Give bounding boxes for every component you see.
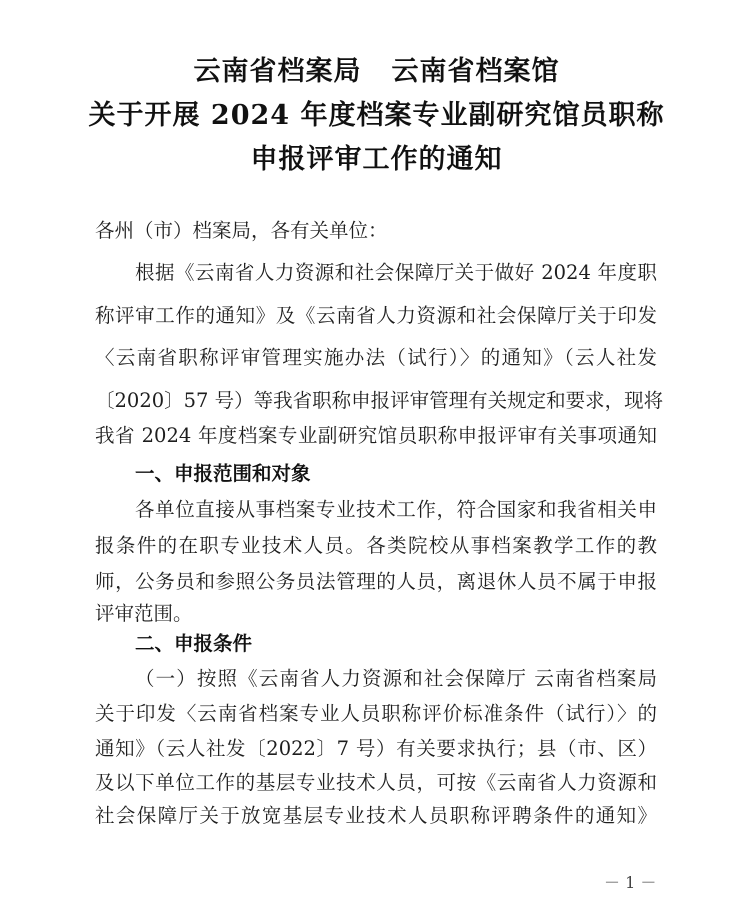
- section-line: 关于印发〈云南省档案专业人员职称评价标准条件（试行）〉的: [95, 700, 657, 728]
- section-line: 评审范围。: [95, 600, 657, 628]
- intro-line: 〈云南省职称评审管理实施办法（试行）〉的通知》（云人社发: [95, 344, 657, 372]
- document-title-line3: 申报评审工作的通知: [0, 142, 753, 178]
- intro-line: 我省 2024 年度档案专业副研究馆员职称申报评审有关事项通知: [95, 422, 657, 450]
- section-heading-conditions: 二、申报条件: [135, 630, 252, 658]
- intro-line: 根据《云南省人力资源和社会保障厅关于做好 2024 年度职: [135, 259, 657, 287]
- document-page: 云南省档案局云南省档案馆 关于开展 2024 年度档案专业副研究馆员职称 申报评…: [0, 0, 753, 905]
- section-line: 师，公务员和参照公务员法管理的人员，离退休人员不属于申报: [95, 568, 657, 596]
- document-title-issuers: 云南省档案局云南省档案馆: [0, 54, 753, 90]
- intro-line: 〔2020〕57 号）等我省职称申报评审管理有关规定和要求，现将: [95, 387, 657, 415]
- section-line: 及以下单位工作的基层专业技术人员，可按《云南省人力资源和: [95, 769, 657, 797]
- section-line: （一）按照《云南省人力资源和社会保障厅 云南省档案局: [135, 665, 657, 693]
- section-line: 社会保障厅关于放宽基层专业技术人员职称评聘条件的通知》: [95, 802, 657, 830]
- section-heading-scope: 一、申报范围和对象: [135, 460, 311, 488]
- issuer-archives-museum: 云南省档案馆: [392, 56, 560, 87]
- section-line: 通知》（云人社发〔2022〕7 号）有关要求执行；县（市、区）: [95, 735, 657, 763]
- issuer-archives-bureau: 云南省档案局: [194, 56, 362, 87]
- intro-line: 称评审工作的通知》及《云南省人力资源和社会保障厅关于印发: [95, 302, 657, 330]
- page-number: － 1 －: [604, 870, 656, 893]
- document-title-line2: 关于开展 2024 年度档案专业副研究馆员职称: [0, 98, 753, 134]
- section-line: 报条件的在职专业技术人员。各类院校从事档案教学工作的教: [95, 532, 657, 560]
- salutation: 各州（市）档案局，各有关单位：: [95, 217, 657, 245]
- section-line: 各单位直接从事档案专业技术工作，符合国家和我省相关申: [135, 496, 657, 524]
